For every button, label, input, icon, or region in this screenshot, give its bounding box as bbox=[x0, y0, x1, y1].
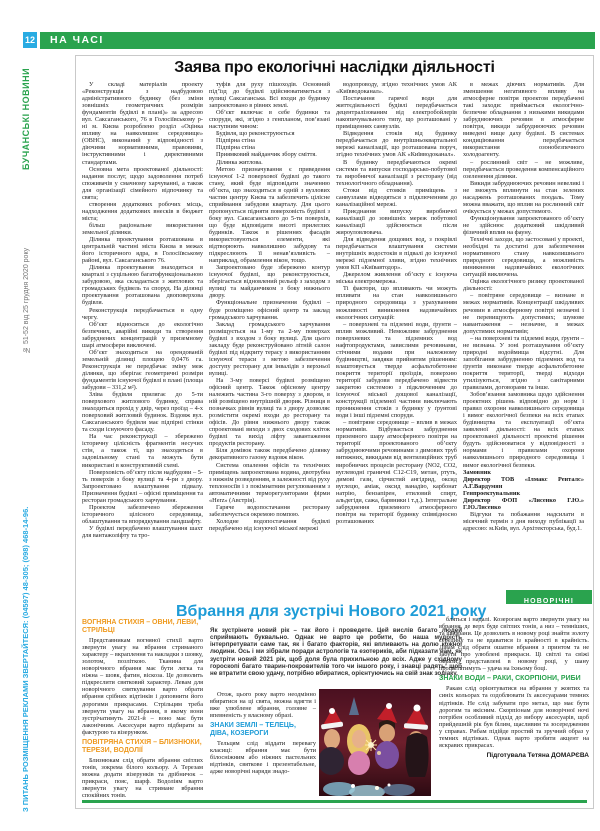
paragraph: Гаряче водопостачання ресторану забезпеч… bbox=[209, 504, 330, 518]
signature-block: Замовник Директор ТОВ «Ілмакс Ренталс» А… bbox=[463, 469, 584, 511]
paragraph: Приєднання випуску виробничої каналізаці… bbox=[336, 208, 457, 236]
masthead-vertical: БУЧАНСЬКІ НОВИНИ bbox=[21, 52, 38, 170]
paragraph: Об’єкт відноситься до екологічно безпечн… bbox=[82, 321, 203, 349]
paragraph: Будівля, що реконструюється bbox=[209, 130, 330, 137]
paragraph: Ракам слід орієнтуватися на вбрання у жо… bbox=[439, 685, 589, 748]
holiday-column-middle: Отож, цього року варто неодмінно вбирати… bbox=[210, 691, 316, 801]
paragraph: більш раціональне використання земельної… bbox=[82, 222, 203, 236]
paragraph: Зобов’язання замовника щодо здійснення п… bbox=[463, 391, 584, 469]
paragraph: Основна мета проектованої діяльності: на… bbox=[82, 166, 203, 201]
paragraph: Тельцям слід віддати перевагу класиці: в… bbox=[210, 740, 316, 775]
paragraph: У будівлі передбачено влаштування шахт д… bbox=[82, 525, 203, 539]
paragraph: – поверхневі та підземні води, ґрунти – … bbox=[336, 321, 457, 420]
paragraph: Об’єкт включає в себе будинки та споруди… bbox=[209, 109, 330, 130]
paragraph: Підпірна стіна bbox=[209, 144, 330, 151]
paragraph: Реконструкція передбачається в одну черг… bbox=[82, 307, 203, 321]
signature-line: Замовник bbox=[463, 469, 584, 476]
paragraph: Метою призначування є приведення існуючо… bbox=[209, 166, 330, 265]
eco-article-title: Заява про екологічні наслідки діяльності bbox=[76, 58, 593, 78]
paragraph: У складі матеріалів проекту «Реконструкц… bbox=[82, 81, 203, 166]
paragraph: Проектом забезпечено збереження історичн… bbox=[82, 504, 203, 525]
zodiac-air-heading: ПОВІТРЯНА СТИХІЯ – БЛИЗНЮКИ, ТЕРЕЗИ, ВОД… bbox=[82, 739, 203, 755]
paragraph: Відведення стоків від будинку передбачає… bbox=[336, 130, 457, 158]
paragraph: Ті фактори, що впливають чи можуть вплив… bbox=[336, 285, 457, 320]
holiday-kicker-badge: НОВОРІЧНІ ПОРАДИ bbox=[506, 590, 592, 604]
eco-column-3: водопроводу, згідно технічних умов АК «К… bbox=[336, 81, 457, 586]
ads-contact-vertical: З ПИТАНЬ РОЗМІЩЕННЯ РЕКЛАМИ ЗВЕРТАЙТЕСЯ:… bbox=[21, 400, 38, 812]
paragraph: – на поверхневі та підземні води, ґрунти… bbox=[463, 335, 584, 391]
paragraph: Підпірна стіна bbox=[209, 137, 330, 144]
paragraph: Викиди забруднюючих речовин невеликі і н… bbox=[463, 180, 584, 215]
paragraph: Функціональне призначення будівлі – буде… bbox=[209, 299, 330, 320]
paragraph: Запроектовано буде збережено контур існу… bbox=[209, 264, 330, 299]
signature-line: Директор ФОП «Лисенко Г.Ю.» Г.Ю.Лисенко bbox=[463, 497, 584, 511]
paragraph: В будинку передбачаються окремі системи … bbox=[336, 159, 457, 187]
issue-info-vertical: № 51-52 від 25 грудня 2020 року bbox=[23, 178, 37, 353]
eco-column-4: в межах діючих нормативів. Для зменшення… bbox=[463, 81, 584, 586]
party-photo-illustration bbox=[319, 689, 431, 796]
paragraph: Ділянка житлова. bbox=[209, 159, 330, 166]
page-number-badge: 12 bbox=[23, 32, 37, 48]
paragraph: Джерелом живлення об’єкту є існуюча місь… bbox=[336, 271, 457, 285]
zodiac-earth-heading: ЗНАКИ ЗЕМЛІ – ТЕЛЕЦЬ, ДІВА, КОЗЕРОГИ bbox=[210, 722, 316, 738]
article-border-box: Заява про екологічні наслідки діяльності… bbox=[75, 55, 594, 809]
paragraph: Система опалення офісів та технічних при… bbox=[209, 462, 330, 504]
paragraph: Об’єкт знаходиться на орендованій земель… bbox=[82, 349, 203, 391]
paragraph: Для відведення дощових вод, з покрівлі п… bbox=[336, 236, 457, 271]
byline: Підготувала Тетяна ДОМАРЄВА bbox=[439, 752, 589, 759]
holiday-intro: Як зустрінете новий рік – так його і про… bbox=[210, 627, 462, 687]
paragraph: Поверховість об’єкту після надбудови – 5… bbox=[82, 469, 203, 504]
paragraph: Біля домівок також передбачено ділянку д… bbox=[209, 447, 330, 461]
paragraph: в межах діючих нормативів. Для зменшення… bbox=[463, 81, 584, 159]
feedback-note: Відгуки та побажання надсилати в місячни… bbox=[463, 511, 584, 532]
paragraph: Постачання гарячої води для життєдіяльно… bbox=[336, 95, 457, 130]
paragraph: Отож, цього року варто неодмінно вбирати… bbox=[210, 691, 316, 719]
eco-column-2: туфів для руху пішоходів. Основний під’ї… bbox=[209, 81, 330, 586]
zodiac-fire-heading: ВОГНЯНА СТИХІЯ – ОВНИ, ЛЕВИ, СТРІЛЬЦІ bbox=[82, 619, 203, 635]
paragraph: водопроводу, згідно технічних умов АК «К… bbox=[336, 81, 457, 95]
paragraph: Зліва будівля прилягає до 5-ти поверхово… bbox=[82, 391, 203, 433]
paragraph: Близнюкам слід обрати вбрання світлих то… bbox=[82, 757, 203, 799]
paragraph: Технічні заходи, що застосовані у проект… bbox=[463, 236, 584, 278]
section-header-bar: НА ЧАСІ bbox=[40, 32, 595, 49]
holiday-column-right: бляться і надалі. Козерогам варто зверну… bbox=[439, 616, 589, 801]
paragraph: бляться і надалі. Козерогам варто зверну… bbox=[439, 616, 589, 672]
section-label: НА ЧАСІ bbox=[40, 32, 595, 49]
paragraph: туфів для руху пішоходів. Основний під’ї… bbox=[209, 81, 330, 109]
signature-line: Генпроектувальник bbox=[463, 490, 584, 497]
bottom-rule bbox=[82, 800, 587, 803]
paragraph: На час реконструкції – збережено історич… bbox=[82, 433, 203, 468]
paragraph: На 3-му поверсі будівлі розміщено офісни… bbox=[209, 377, 330, 447]
paragraph: Приямковий майданчик збору сміття. bbox=[209, 151, 330, 158]
paragraph: Холодне водопостачання будівлі передбаче… bbox=[209, 518, 330, 532]
zodiac-water-heading: ЗНАКИ ВОДИ – РАКИ, СКОРПІОНИ, РИБИ bbox=[439, 675, 589, 683]
paragraph: – повітряне середовище – визнане в межах… bbox=[463, 292, 584, 334]
holiday-column-left: ВОГНЯНА СТИХІЯ – ОВНИ, ЛЕВИ, СТРІЛЬЦІ Пр… bbox=[82, 616, 203, 800]
party-photo bbox=[319, 689, 431, 796]
paragraph: Функціонування запроектованого об’єкту н… bbox=[463, 215, 584, 236]
paragraph: Заклад громадського харчування розміщуєт… bbox=[209, 321, 330, 377]
paragraph: – повітряне середовище – вплив в межах н… bbox=[336, 419, 457, 525]
paragraph: – рослинний світ – не можливе, передбача… bbox=[463, 159, 584, 180]
signature-line: Директор ТОВ «Ілмакс Ренталс» А.Г.Вардум… bbox=[463, 476, 584, 490]
paragraph: Стоки від стояків приміщень з санвузлами… bbox=[336, 187, 457, 208]
paragraph: Ділянка проектування знаходиться в кварт… bbox=[82, 264, 203, 306]
paragraph: створення додаткових робочих місць, надх… bbox=[82, 201, 203, 222]
eco-column-1: У складі матеріалів проекту «Реконструкц… bbox=[82, 81, 203, 609]
paragraph: Оцінка екологічного ризику проектованої … bbox=[463, 278, 584, 292]
paragraph: Представникам вогняної стихії варто звер… bbox=[82, 637, 203, 736]
paragraph: Ділянка проектування розташована в центр… bbox=[82, 236, 203, 264]
